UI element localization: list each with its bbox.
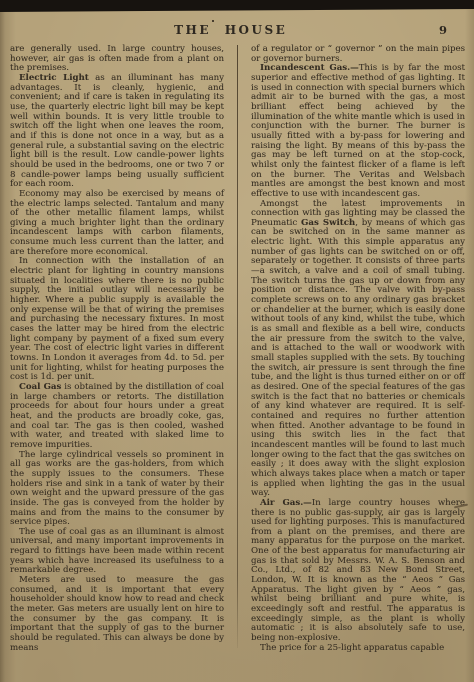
paragraph: The large cylindrical vessels so promine… [10, 451, 224, 528]
paragraph-text: Meters are used to measure the gas consu… [10, 575, 224, 653]
paragraph-text: The large cylindrical vessels so promine… [10, 450, 224, 528]
paragraph: are generally used. In large country hou… [10, 45, 224, 74]
scan-edge-top [0, 0, 474, 12]
page-number: 9 [439, 23, 447, 37]
paragraph: Incandescent Gas.—This is by far the mos… [251, 64, 465, 199]
section-lead: Incandescent Gas.— [260, 63, 359, 73]
paragraph: Electric Light as an illuminant has many… [10, 74, 224, 190]
paragraph: Economy may also be exercised by means o… [10, 190, 224, 258]
paragraph-text: Economy may also be exercised by means o… [10, 189, 224, 257]
column-left: are generally used. In large country hou… [10, 45, 224, 653]
paragraph: In connection with the installation of a… [10, 257, 224, 383]
paragraph: Air Gas.—In large country houses where t… [251, 499, 465, 644]
paragraph-text: The use of coal gas as an illuminant is … [10, 527, 224, 576]
term-bold: Gas Switch [301, 218, 355, 228]
book-page: THE HOUSE 9 are generally used. In large… [0, 0, 474, 682]
text-columns: are generally used. In large country hou… [10, 45, 465, 653]
ink-speck [212, 20, 214, 22]
paragraph: The use of coal gas as an illuminant is … [10, 528, 224, 576]
paragraph-text: is obtained by the distillation of coal … [10, 382, 224, 450]
paragraph: The price for a 25-light apparatus capab… [251, 644, 465, 654]
section-lead: Electric Light [19, 73, 89, 83]
column-right: of a regulator or “ governor ” on the ma… [251, 45, 465, 653]
page-header: THE HOUSE 9 [10, 23, 465, 39]
paragraph-text: The price for a 25-light apparatus capab… [260, 643, 444, 653]
paragraph: Amongst the latest improvements in conne… [251, 200, 465, 499]
paragraph-text: In connection with the installation of a… [10, 256, 224, 382]
section-lead: Air Gas.— [260, 498, 312, 508]
paragraph-text: are generally used. In large country hou… [10, 44, 224, 73]
paragraph: Coal Gas is obtained by the distillation… [10, 383, 224, 451]
page-title: THE HOUSE [174, 23, 287, 37]
paragraph: of a regulator or “ governor ” on the ma… [251, 45, 465, 64]
paragraph-text: This is by far the most superior and eff… [251, 63, 465, 199]
column-divider [237, 45, 238, 648]
section-lead: Coal Gas [19, 382, 61, 392]
paragraph-text: In large country houses where there is n… [251, 498, 465, 643]
paragraph-text: , by means of which gas can be switched … [251, 218, 465, 498]
paragraph-text: as an illuminant has many advantages. It… [10, 73, 224, 189]
paragraph-text: of a regulator or “ governor ” on the ma… [251, 44, 465, 64]
paragraph: Meters are used to measure the gas consu… [10, 576, 224, 653]
